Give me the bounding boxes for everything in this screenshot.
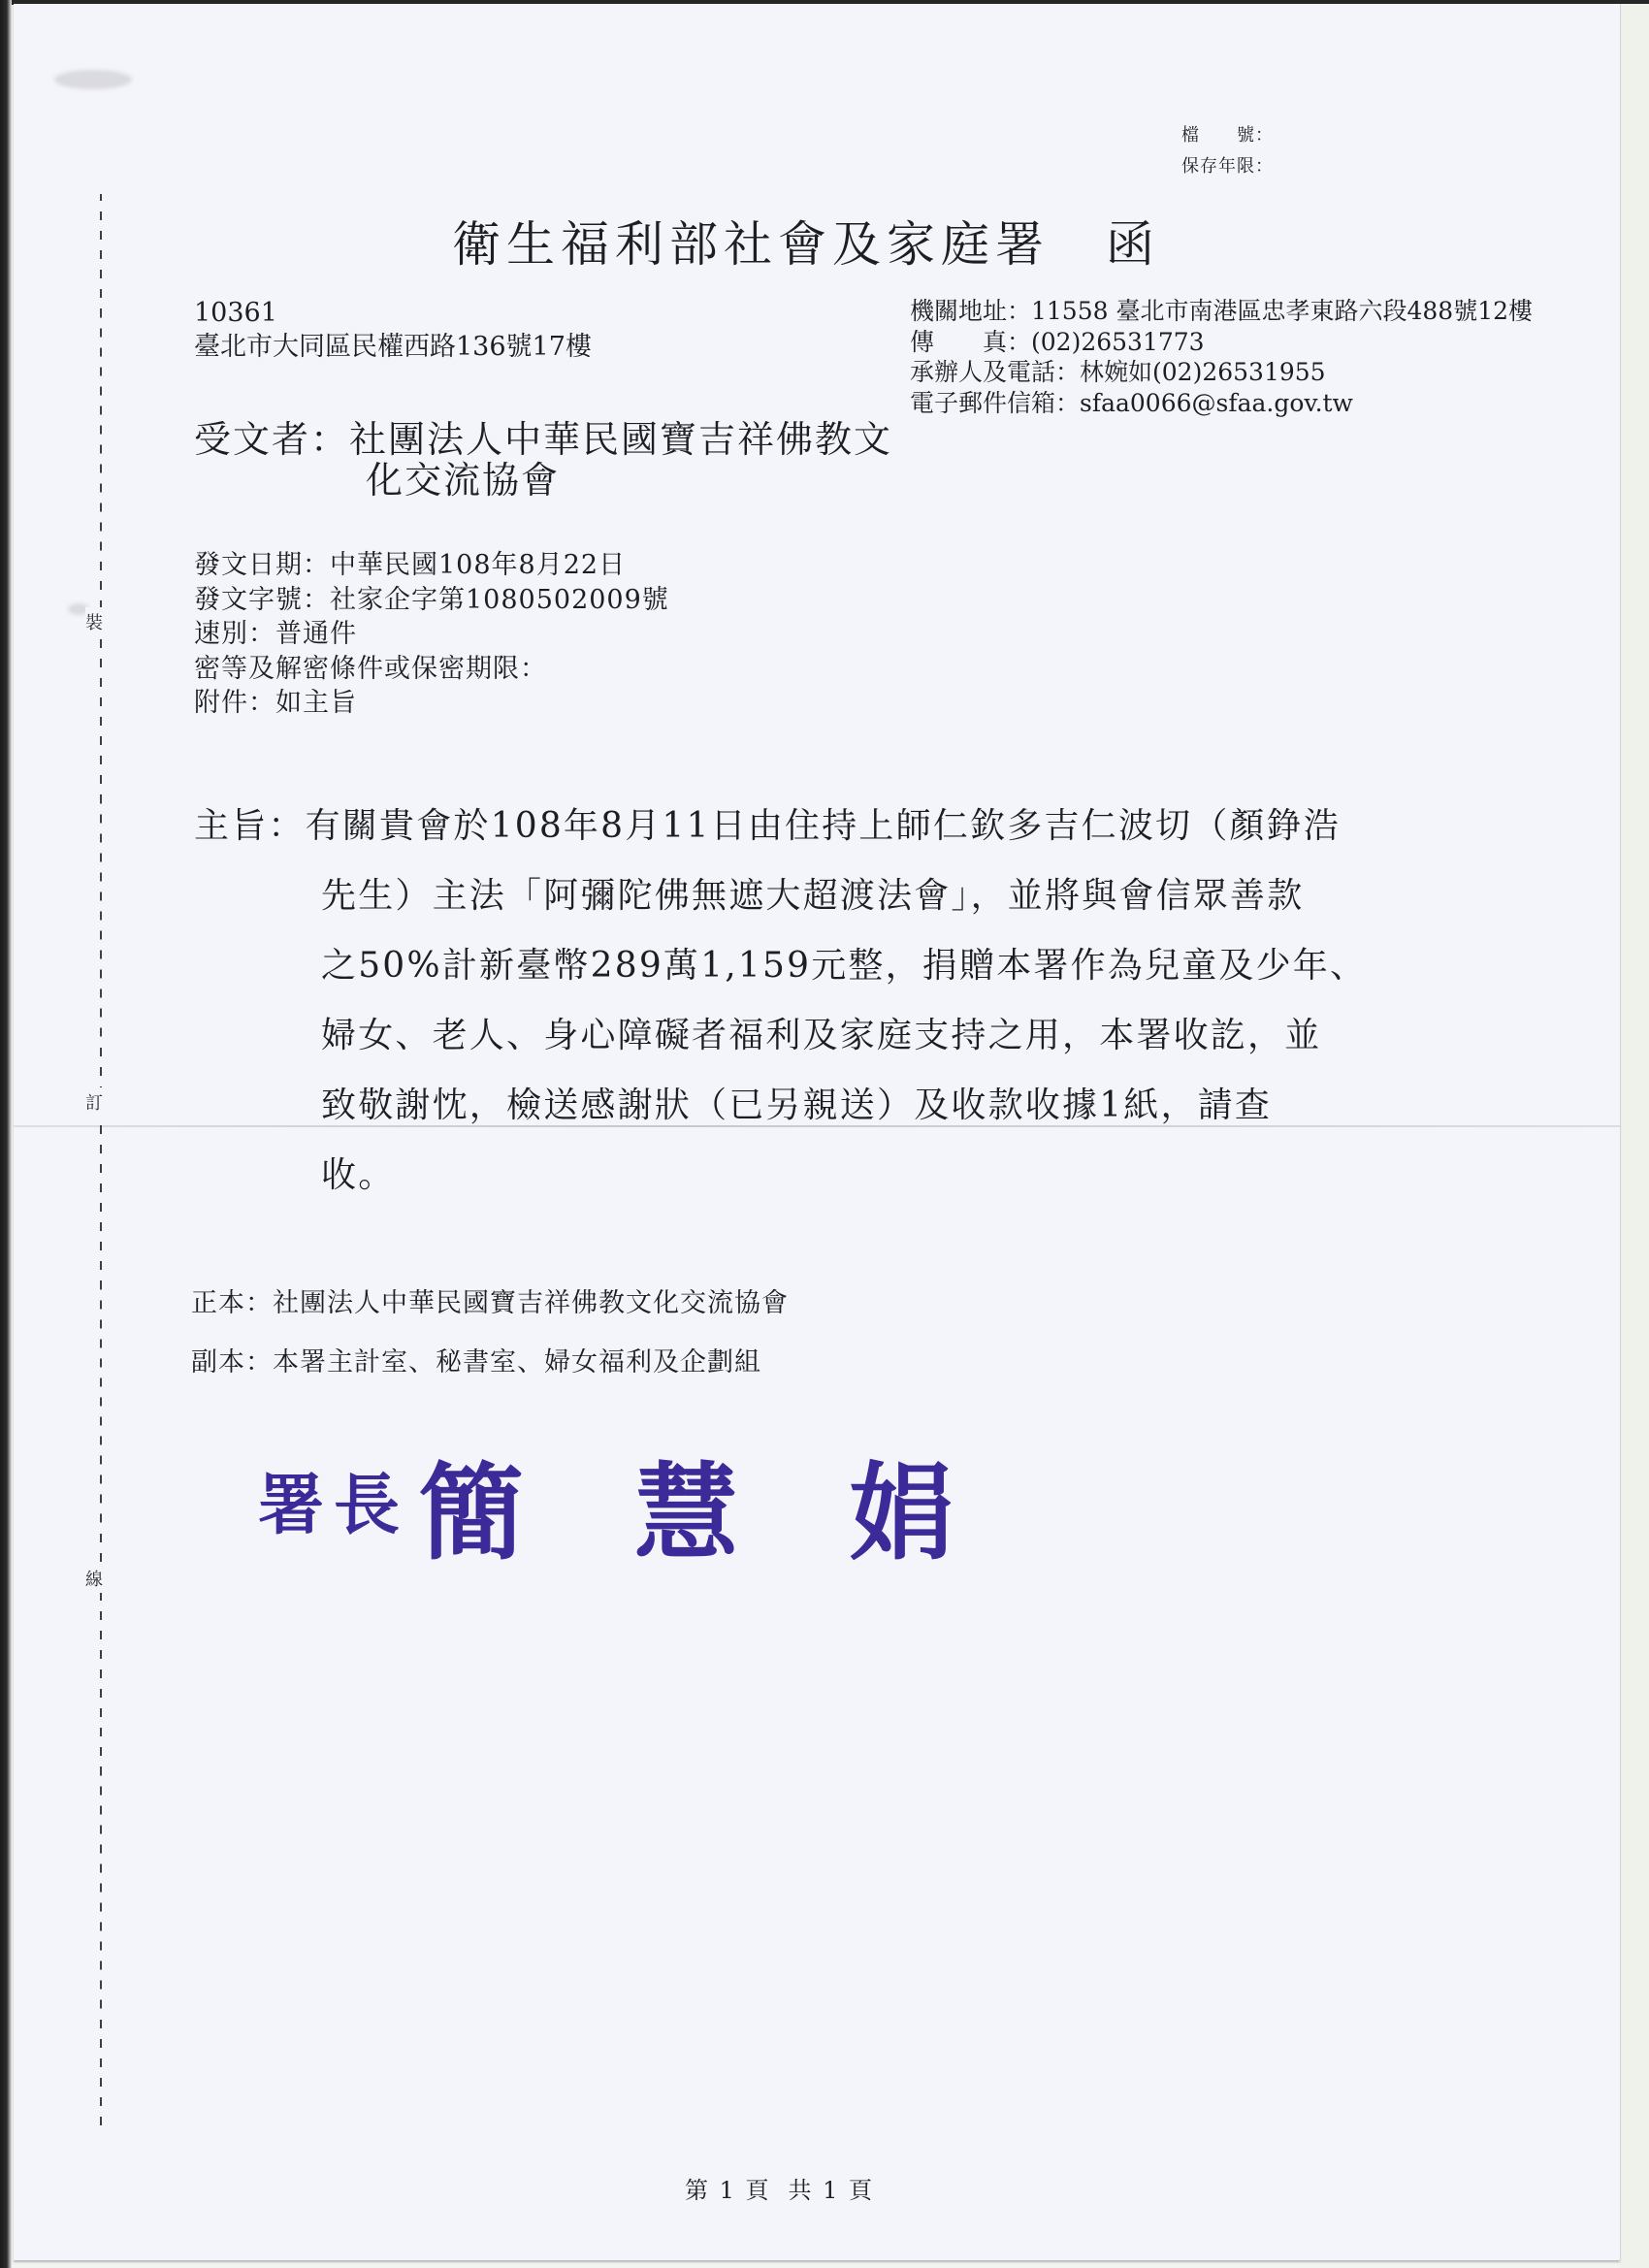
priority: 速別：普通件 [194,617,669,652]
binding-mark-xian: 線 [85,1564,103,1593]
scanner-left-edge [0,0,12,2268]
subject-line: 有關貴會於108年8月11日由住持上師仁欽多吉仁波切（顏錚浩 [306,806,1341,846]
subject-line: 之50%計新臺幣289萬1,159元整，捐贈本署作為兒童及少年、 [194,931,1367,1001]
recipient-name-line1: 社團法人中華民國寶吉祥佛教文 [349,418,892,461]
signatory-name: 簡 慧 娟 [419,1452,990,1574]
agency-contact-person: 承辦人及電話：林婉如(02)26531955 [910,357,1533,388]
binding-mark-zhuang: 裝 [85,607,103,636]
distribution-block: 正本：社團法人中華民國寶吉祥佛教文化交流協會 副本：本署主計室、秘書室、婦女福利… [191,1274,789,1392]
document-meta-block: 發文日期：中華民國108年8月22日 發文字號：社家企字第1080502009號… [194,548,669,721]
document-type: 函 [1106,216,1160,273]
classification: 密等及解密條件或保密期限： [194,652,669,687]
file-meta-block: 檔 號： 保存年限： [1181,120,1274,182]
document-title: 衛生福利部社會及家庭署函 [452,215,1160,274]
paper-tear-mark [54,70,132,89]
attachment: 附件：如主旨 [194,686,669,721]
agency-contact-block: 機關地址：11558 臺北市南港區忠孝東路六段488號12樓 傳 真：(02)2… [910,296,1533,418]
signatory-title: 署長 [258,1467,409,1544]
recipient-name-line2: 化交流協會 [194,460,892,501]
recipient-label: 受文者： [194,418,349,461]
agency-name: 衛生福利部社會及家庭署 [452,216,1050,273]
signature-stamp: 署長簡 慧 娟 [258,1436,990,1591]
recipient-street-address: 臺北市大同區民權西路136號17樓 [194,330,592,364]
recipient-postal-code: 10361 [194,296,592,330]
subject-line: 致敬謝忱，檢送感謝狀（已另親送）及收款收據1紙，請查 [194,1071,1367,1141]
agency-email: 電子郵件信箱：sfaa0066@sfaa.gov.tw [910,388,1533,419]
agency-fax: 傳 真：(02)26531773 [910,327,1533,358]
subject-line: 婦女、老人、身心障礙者福利及家庭支持之用，本署收訖，並 [194,1001,1367,1071]
scanner-right-margin [1620,4,1649,2268]
subject-block: 主旨：有關貴會於108年8月11日由住持上師仁欽多吉仁波切（顏錚浩 先生）主法「… [194,792,1367,1211]
recipient-mailing-address: 10361 臺北市大同區民權西路136號17樓 [194,296,592,364]
carbon-copy: 副本：本署主計室、秘書室、婦女福利及企劃組 [191,1333,789,1392]
page-number-footer: 第 1 頁共 1 頁 [685,2171,891,2205]
recipient-block: 受文者：社團法人中華民國寶吉祥佛教文 化交流協會 [194,419,892,501]
agency-address: 機關地址：11558 臺北市南港區忠孝東路六段488號12樓 [910,296,1533,327]
subject-line: 先生）主法「阿彌陀佛無遮大超渡法會」，並將與會信眾善款 [194,861,1367,931]
binding-line [100,194,102,2134]
file-number-label: 檔 號： [1181,120,1274,151]
subject-label: 主旨： [194,806,306,846]
retention-period-label: 保存年限： [1181,151,1274,182]
total-pages: 共 1 頁 [789,2177,875,2204]
original-recipient: 正本：社團法人中華民國寶吉祥佛教文化交流協會 [191,1274,789,1333]
issue-date: 發文日期：中華民國108年8月22日 [194,548,669,583]
document-number: 發文字號：社家企字第1080502009號 [194,583,669,618]
binding-mark-ding: 訂 [85,1087,103,1117]
subject-line: 收。 [194,1141,1367,1211]
current-page: 第 1 頁 [685,2177,771,2204]
